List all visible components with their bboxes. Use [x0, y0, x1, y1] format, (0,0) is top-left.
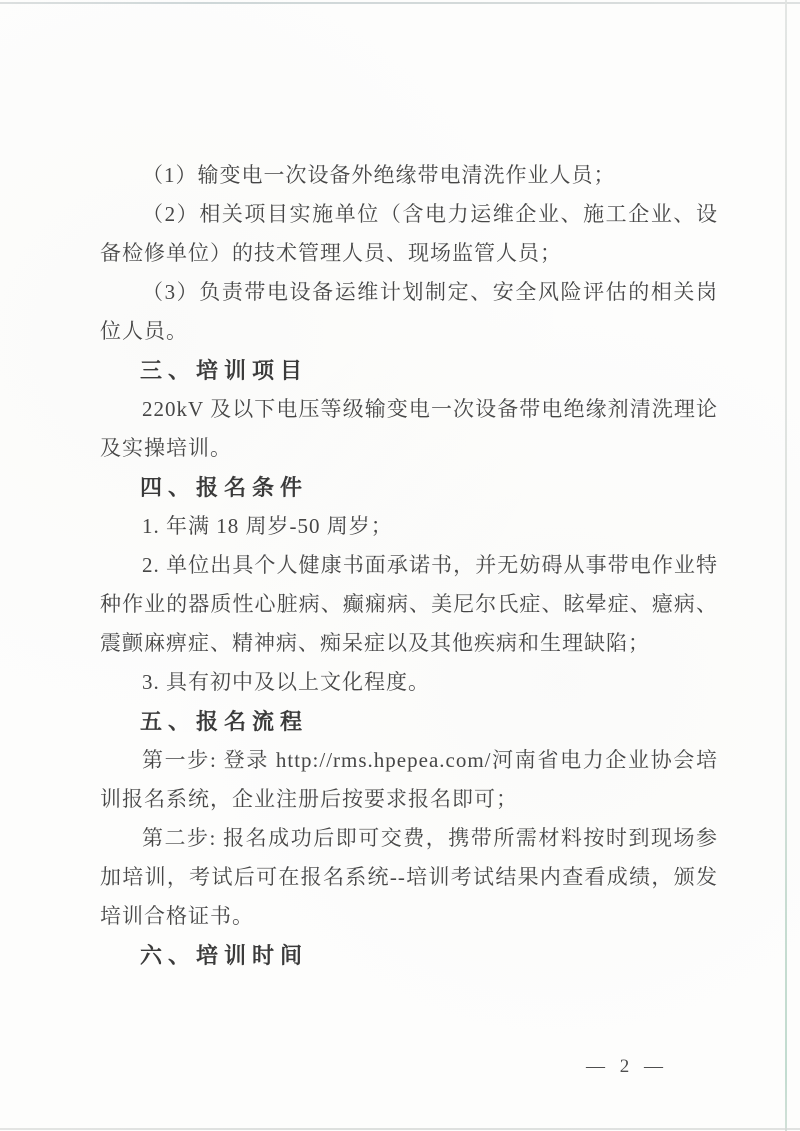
scan-edge-bottom-line — [0, 1128, 800, 1130]
body-paragraph: 1. 年满 18 周岁-50 周岁； — [100, 507, 718, 546]
section-heading: 六、培训时间 — [100, 936, 718, 975]
section-heading: 三、培训项目 — [100, 351, 718, 390]
section-heading: 四、报名条件 — [100, 468, 718, 507]
body-paragraph: 220kV 及以下电压等级输变电一次设备带电绝缘剂清洗理论及实操培训。 — [100, 390, 718, 468]
body-paragraph: （1）输变电一次设备外绝缘带电清洗作业人员； — [100, 156, 718, 195]
document-body: （1）输变电一次设备外绝缘带电清洗作业人员；（2）相关项目实施单位（含电力运维企… — [100, 156, 718, 975]
scan-edge-right-line — [785, 0, 787, 1131]
body-paragraph: （2）相关项目实施单位（含电力运维企业、施工企业、设备检修单位）的技术管理人员、… — [100, 195, 718, 273]
section-heading: 五、报名流程 — [100, 702, 718, 741]
body-paragraph: 3. 具有初中及以上文化程度。 — [100, 663, 718, 702]
scanned-page: （1）输变电一次设备外绝缘带电清洗作业人员；（2）相关项目实施单位（含电力运维企… — [0, 0, 800, 1131]
body-paragraph: （3）负责带电设备运维计划制定、安全风险评估的相关岗位人员。 — [100, 273, 718, 351]
body-paragraph: 2. 单位出具个人健康书面承诺书，并无妨碍从事带电作业特种作业的器质性心脏病、癫… — [100, 546, 718, 663]
page-number: — 2 — — [586, 1056, 665, 1078]
body-paragraph: 第二步: 报名成功后即可交费，携带所需材料按时到现场参加培训，考试后可在报名系统… — [100, 819, 718, 936]
scan-edge-top-line — [0, 2, 800, 4]
body-paragraph: 第一步: 登录 http://rms.hpepea.com/河南省电力企业协会培… — [100, 741, 718, 819]
